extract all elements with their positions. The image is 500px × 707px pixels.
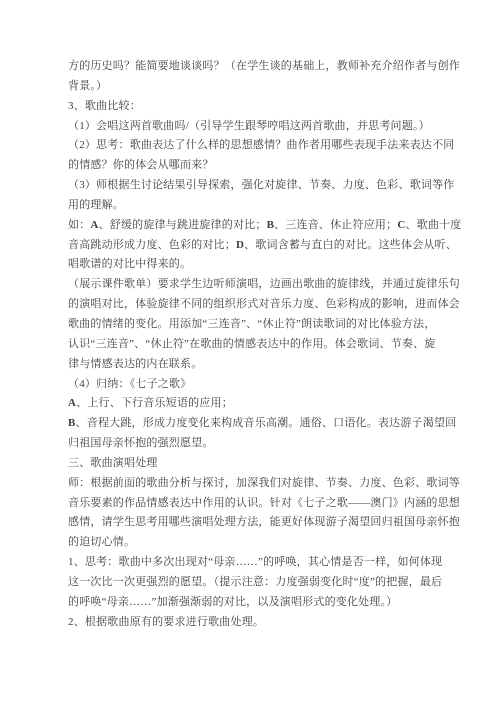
document-line: 背景。） [68,77,443,97]
document-text-run-bold: A [90,219,98,231]
document-line: 师：根据前面的歌曲分析与探讨，加深我们对旋律、节奏、力度、色彩、歌词等 [68,474,443,494]
document-text-run: 的迫切心情。 [68,536,135,548]
document-line: 音高跳动形成力度、色彩的对比；D、歌词含蓄与直白的对比。这些体会从听、 [68,236,443,256]
document-line: B、音程大跳，形成力度变化来构成音乐高潮。通俗、口语化。表达游子渴望回 [68,414,443,434]
document-line: 的情感？你的体会从哪而来？ [68,156,443,176]
document-text-run: 的呼唤“母亲……”加渐强渐弱的对比，以及演唱形式的变化处理。） [68,596,397,608]
document-page: 方的历史吗？能简要地谈谈吗？（在学生谈的基础上，教师补充介绍作者与创作背景。）3… [0,0,500,707]
document-text-run: 三、歌曲演唱处理 [68,457,158,469]
document-text-run: 音高跳动形成力度、色彩的对比； [68,239,236,251]
document-line: 三、歌曲演唱处理 [68,454,443,474]
document-text-run: 归祖国母亲怀抱的强烈愿望。 [68,437,214,449]
document-line: （4）归纳：《七子之歌》 [68,375,443,395]
document-text-run: 、上行、下行音乐短语的应用； [76,397,233,409]
document-text-run-bold: D [236,239,244,251]
document-text-run: 认识“三连音”、“休止符”在歌曲的情感表达中的作用。体会歌词、节奏、旋 [68,338,436,350]
document-line: 方的历史吗？能简要地谈谈吗？（在学生谈的基础上，教师补充介绍作者与创作 [68,57,443,77]
document-line: （3）师根据生讨论结果引导探索，强化对旋律、节奏、力度、色彩、歌词等作 [68,176,443,196]
document-line: 的迫切心情。 [68,533,443,553]
document-line: 归祖国母亲怀抱的强烈愿望。 [68,434,443,454]
document-text-run: 师：根据前面的歌曲分析与探讨，加深我们对旋律、节奏、力度、色彩、歌词等 [68,477,460,489]
document-text-run: （1）会唱这两首歌曲吗/（引导学生跟琴哼唱这两首歌曲，并思考问题。） [68,120,430,132]
document-text-run: （3）师根据生讨论结果引导探索，强化对旋律、节奏、力度、色彩、歌词等作 [68,179,455,191]
document-line: （展示课件歌单）要求学生边听师演唱，边画出歌曲的旋律线，并通过旋律乐句 [68,275,443,295]
document-text-run: 感情，请学生思考用哪些演唱处理方法，能更好体现游子渴望回归祖国母亲怀抱 [68,516,460,528]
document-text-run: 、三连音、休止符应用； [274,219,397,231]
document-line: 3、歌曲比较： [68,97,443,117]
document-text-run: 律与情感表达的内在联系。 [68,358,202,370]
document-text-run: 歌曲的情绪的变化。用添加“三连音”、“休止符”朗读歌词的对比体验方法， [68,318,436,330]
document-body: 方的历史吗？能简要地谈谈吗？（在学生谈的基础上，教师补充介绍作者与创作背景。）3… [68,57,443,632]
document-line: 1、思考：歌曲中多次出现对“母亲……”的呼唤，其心情是否一样，如何体现 [68,553,443,573]
document-text-run: （展示课件歌单）要求学生边听师演唱，边画出歌曲的旋律线，并通过旋律乐句 [68,278,460,290]
document-text-run: 、舒缓的旋律与跳进旋律的对比； [99,219,267,231]
document-text-run: 这一次比一次更强烈的愿望。（提示注意：力度强弱变化时“度”的把握，最后 [68,576,442,588]
document-text-run: 唱歌谱的对比中得来的。 [68,258,191,270]
document-line: 音乐要素的作品情感表达中作用的认识。针对《七子之歌——澳门》内涵的思想 [68,494,443,514]
document-text-run: （2）思考：歌曲表达了什么样的思想感情？曲作者用哪些表现手法来表达不同 [68,139,455,151]
document-line: 的演唱对比，体验旋律不同的组织形式对音乐力度、色彩构成的影响，进而体会 [68,295,443,315]
document-text-run: 如： [68,219,90,231]
document-text-run: 背景。） [68,80,107,92]
document-line: 如：A、舒缓的旋律与跳进旋律的对比；B、三连音、休止符应用；C、歌曲十度 [68,216,443,236]
document-line: 律与情感表达的内在联系。 [68,355,443,375]
document-text-run: 方的历史吗？能简要地谈谈吗？（在学生谈的基础上，教师补充介绍作者与创作 [68,60,460,72]
document-text-run: 的情感？你的体会从哪而来？ [68,159,214,171]
document-line: 这一次比一次更强烈的愿望。（提示注意：力度强弱变化时“度”的把握，最后 [68,573,443,593]
document-text-run: 用的理解。 [68,199,124,211]
document-line: A、上行、下行音乐短语的应用； [68,394,443,414]
document-text-run-bold: A [68,397,76,409]
document-text-run: 3、歌曲比较： [68,100,141,112]
document-line: 用的理解。 [68,196,443,216]
document-text-run-bold: B [68,417,76,429]
document-text-run: 音乐要素的作品情感表达中作用的认识。针对《七子之歌——澳门》内涵的思想 [68,497,460,509]
document-text-run: 、音程大跳，形成力度变化来构成音乐高潮。通俗、口语化。表达游子渴望回 [76,417,457,429]
document-text-run-bold: B [267,219,275,231]
document-text-run: 的演唱对比，体验旋律不同的组织形式对音乐力度、色彩构成的影响，进而体会 [68,298,460,310]
document-line: 歌曲的情绪的变化。用添加“三连音”、“休止符”朗读歌词的对比体验方法， [68,315,443,335]
document-line: （2）思考：歌曲表达了什么样的思想感情？曲作者用哪些表现手法来表达不同 [68,136,443,156]
document-text-run: 2、根据歌曲原有的要求进行歌曲处理。 [68,616,264,628]
document-line: 感情，请学生思考用哪些演唱处理方法，能更好体现游子渴望回归祖国母亲怀抱 [68,513,443,533]
document-line: 认识“三连音”、“休止符”在歌曲的情感表达中的作用。体会歌词、节奏、旋 [68,335,443,355]
document-text-run: 、歌词含蓄与直白的对比。这些体会从听、 [244,239,457,251]
document-text-run: （4）归纳：《七子之歌》 [68,378,191,390]
document-line: 2、根据歌曲原有的要求进行歌曲处理。 [68,613,443,633]
document-text-run: 、歌曲十度 [405,219,461,231]
document-text-run: 1、思考：歌曲中多次出现对“母亲……”的呼唤，其心情是否一样，如何体现 [68,556,442,568]
document-line: 唱歌谱的对比中得来的。 [68,255,443,275]
document-line: 的呼唤“母亲……”加渐强渐弱的对比，以及演唱形式的变化处理。） [68,593,443,613]
document-line: （1）会唱这两首歌曲吗/（引导学生跟琴哼唱这两首歌曲，并思考问题。） [68,117,443,137]
